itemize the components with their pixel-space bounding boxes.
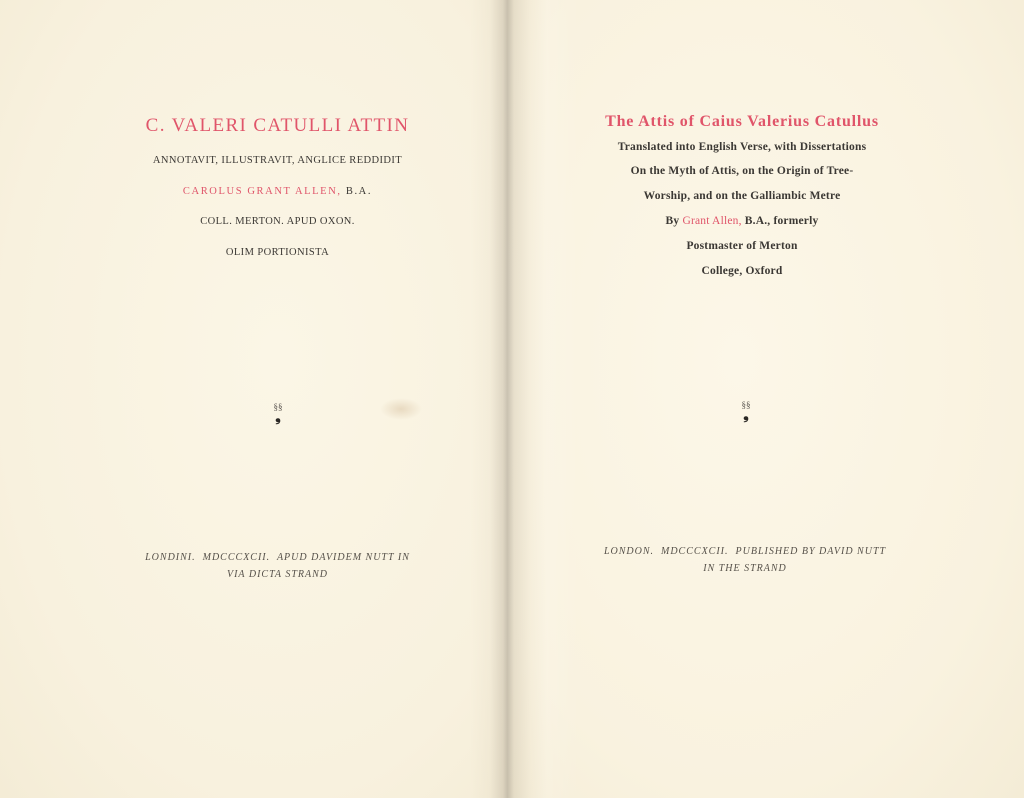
english-position: Postmaster of Merton — [0, 239, 1024, 253]
english-imprint: LONDON. MDCCCXCII. PUBLISHED BY DAVID NU… — [0, 543, 1024, 577]
english-subtitle-line3: Worship, and on the Galliambic Metre — [0, 189, 1024, 203]
english-college: College, Oxford — [0, 264, 1024, 278]
english-imprint-line2: IN THE STRAND — [0, 560, 1024, 577]
printer-ornament-icon: §§ ❟ — [736, 401, 756, 421]
english-imprint-line1: LONDON. MDCCCXCII. PUBLISHED BY DAVID NU… — [0, 543, 1024, 560]
printer-ornament-icon: §§ ❟ — [268, 403, 288, 423]
english-subtitle-line2: On the Myth of Attis, on the Origin of T… — [0, 164, 1024, 178]
english-subtitle-line1: Translated into English Verse, with Diss… — [0, 140, 1024, 154]
english-author-name: Grant Allen, — [682, 215, 741, 227]
english-author-line: By Grant Allen, B.A., formerly — [0, 214, 1024, 228]
book-spread: C. VALERI CATULLI ATTIN ANNOTAVIT, ILLUS… — [0, 0, 1024, 798]
english-title: The Attis of Caius Valerius Catullus — [0, 112, 1024, 132]
paper-stain — [380, 398, 422, 420]
